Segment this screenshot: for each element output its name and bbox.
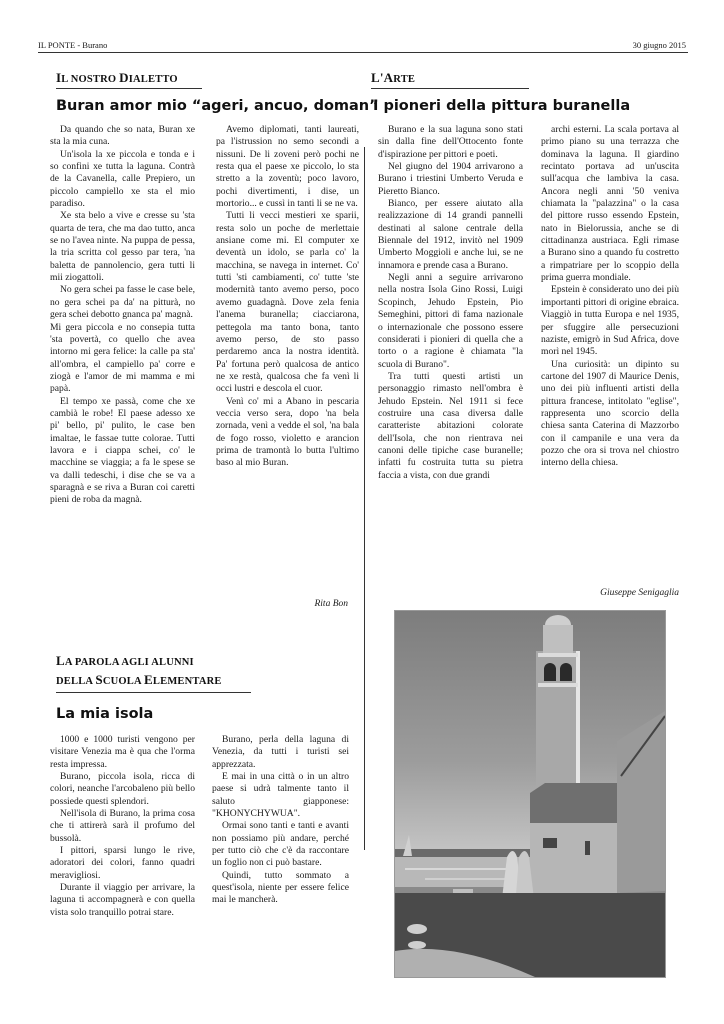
paragraph: Da quando che so nata, Buran xe sta la m… (50, 124, 195, 149)
section-head-arte: L'ARTE (371, 70, 529, 89)
section-smallcaps: IALETTO (129, 74, 178, 85)
author-byline: Rita Bon (216, 599, 348, 609)
paragraph: Mi gera piccola e no consepia tutta 'sta… (50, 322, 195, 396)
article-title-alunni: La mia isola (56, 705, 153, 723)
paragraph: El tempo xe passà, come che xe cambià le… (50, 396, 195, 507)
paragraph: archi esterni. La scala portava al primo… (541, 124, 679, 284)
paragraph: Una curiosità: un dipinto su cartone del… (541, 359, 679, 470)
running-head: IL PONTE - Burano 30 giugno 2015 (38, 40, 688, 53)
section-cap: L'A (371, 70, 393, 85)
paragraph: Nell'isola di Burano, la prima cosa che … (50, 808, 195, 845)
paragraph: Xe sta belo a vive e cresse su 'sta quar… (50, 210, 195, 284)
paragraph: I pittori, sparsi lungo le rive, adorato… (50, 845, 195, 882)
author-byline: Giuseppe Senigaglia (541, 588, 679, 598)
paragraph: No gera schei pa fasse le case bele, no … (50, 284, 195, 321)
section-head-alunni: LA PAROLA AGLI ALUNNI DELLA SCUOLA ELEME… (56, 652, 251, 693)
paragraph: Nel giugno del 1904 arrivarono a Burano … (378, 161, 523, 198)
paragraph: Quindi, tutto sommato a quest'isola, nie… (212, 870, 349, 907)
paragraph: Tra tutti questi artisti un personaggio … (378, 371, 523, 482)
column-divider (364, 147, 365, 850)
paragraph: Bianco, per essere aiutato alla realizza… (378, 198, 523, 272)
painting-illustration (395, 611, 665, 977)
section-smallcaps: DELLA (56, 676, 95, 687)
alunni-column-1: 1000 e 1000 turisti vengono per visitare… (50, 734, 195, 919)
section-head-line-1: LA PAROLA AGLI ALUNNI (56, 652, 251, 671)
dialetto-column-1: Da quando che so nata, Buran xe sta la m… (50, 124, 195, 507)
section-head-line-2: DELLA SCUOLA ELEMENTARE (56, 671, 251, 690)
section-cap: D (119, 70, 129, 85)
arte-column-2: archi esterni. La scala portava al primo… (541, 124, 679, 470)
arte-column-1: Burano e la sua laguna sono stati sin da… (378, 124, 523, 482)
paragraph: Tutti li vecci mestieri xe sparii, resta… (216, 210, 359, 395)
paragraph: Venì co' mi a Abano in pescaria veccia v… (216, 396, 359, 470)
section-smallcaps: A PAROLA AGLI ALUNNI (65, 657, 194, 668)
paragraph: Epstein è considerato uno dei più import… (541, 284, 679, 358)
article-title-dialetto: Buran amor mio “ageri, ancuo, doman” (56, 97, 379, 115)
paragraph: Burano, perla della laguna di Venezia, d… (212, 734, 349, 771)
paragraph: E mai in una città o in un altro paese s… (212, 771, 349, 820)
paragraph: Durante il viaggio per arrivare, la lagu… (50, 882, 195, 919)
section-smallcaps: RTE (393, 74, 415, 85)
issue-date: 30 giugno 2015 (633, 40, 686, 51)
section-smallcaps: L NOSTRO (61, 74, 119, 85)
paragraph: Burano, piccola isola, ricca di colori, … (50, 771, 195, 808)
paragraph: Negli anni a seguire arrivarono nella no… (378, 272, 523, 371)
paragraph: Ormai sono tanti e tanti e avanti non po… (212, 820, 349, 869)
painting-image (394, 610, 666, 978)
publication-name: IL PONTE - Burano (38, 40, 107, 51)
paragraph: 1000 e 1000 turisti vengono per visitare… (50, 734, 195, 771)
section-cap: E (144, 672, 153, 687)
article-title-arte: I pioneri della pittura buranella (373, 97, 630, 115)
alunni-column-2: Burano, perla della laguna di Venezia, d… (212, 734, 349, 907)
paragraph: Burano e la sua laguna sono stati sin da… (378, 124, 523, 161)
section-smallcaps: LEMENTARE (153, 676, 222, 687)
section-head-dialetto: IL NOSTRO DIALETTO (56, 70, 202, 89)
section-cap: L (56, 653, 65, 668)
dialetto-column-2: Avemo diplomati, tanti laureati, pa l'is… (216, 124, 359, 470)
section-cap: S (95, 672, 102, 687)
paragraph: Avemo diplomati, tanti laureati, pa l'is… (216, 124, 359, 210)
paragraph: Un'isola la xe piccola e tonda e i so co… (50, 149, 195, 211)
section-smallcaps: CUOLA (103, 676, 144, 687)
